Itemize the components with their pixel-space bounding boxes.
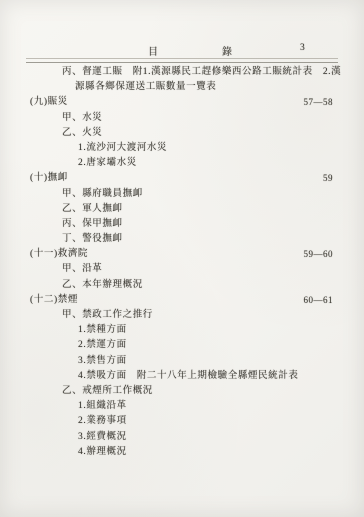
toc-entry: 甲、沿革 <box>0 262 364 277</box>
toc-entry-text: 2.業務事項 <box>78 416 127 426</box>
toc-entry: 丙、督運工賑 附1.漢源縣民工趕修樂西公路工賑統計表 2.漢 <box>0 65 364 80</box>
scanned-page: 目 錄 3 丙、督運工賑 附1.漢源縣民工趕修樂西公路工賑統計表 2.漢 源縣各… <box>0 0 364 517</box>
toc-entry-text: 乙、戒煙所工作概況 <box>62 386 153 396</box>
toc-entry: 1.組織沿革 <box>0 399 364 414</box>
toc-entry-text: 2.唐家壩水災 <box>78 158 137 168</box>
toc-entry: (十)撫卹59 <box>0 171 364 186</box>
toc-entry-text: 1.禁種方面 <box>78 325 127 335</box>
toc-entry-text: (十二)禁煙 <box>30 295 78 305</box>
toc-entry-text: 4.禁吸方面 附二十八年上期檢驗全縣煙民統計表 <box>78 371 298 381</box>
toc-entry-text: 甲、沿革 <box>62 264 102 274</box>
toc-entry-text: 甲、縣府職員撫卹 <box>62 189 143 199</box>
toc-entry-page: 59 <box>323 171 333 186</box>
running-head-char: 錄 <box>222 43 233 58</box>
toc-entry: 乙、軍人撫卹 <box>0 202 364 217</box>
toc-entry-text: 3.經費概況 <box>78 432 127 442</box>
toc-entry-page: 60—61 <box>304 293 334 308</box>
toc-entry: 2.業務事項 <box>0 414 364 429</box>
toc-entry-text: 4.辦理概況 <box>78 447 127 457</box>
toc-entry: 1.流沙河大渡河水災 <box>0 141 364 156</box>
toc-entry-text: 丙、督運工賑 附1.漢源縣民工趕修樂西公路工賑統計表 2.漢 <box>62 67 341 77</box>
toc-entry: 4.辦理概況 <box>0 445 364 460</box>
toc-entry: 2.唐家壩水災 <box>0 156 364 171</box>
running-head-char: 目 <box>148 43 159 58</box>
toc-entry-text: 甲、禁政工作之推行 <box>62 310 153 320</box>
toc-entry-page: 57—58 <box>304 95 334 110</box>
toc-entry-text: 丁、警役撫卹 <box>62 234 123 244</box>
toc-entry-text: 乙、本年辦理概況 <box>62 280 143 290</box>
toc-entry: 3.經費概況 <box>0 430 364 445</box>
toc-entry: 源縣各鄉保運送工賑數量一覽表 <box>0 80 364 95</box>
toc-entry: 甲、禁政工作之推行 <box>0 308 364 323</box>
toc-entry: 乙、火災 <box>0 126 364 141</box>
toc-entry-text: 3.禁售方面 <box>78 356 127 366</box>
toc-entry: 乙、本年辦理概況 <box>0 278 364 293</box>
toc-entry: 乙、戒煙所工作概況 <box>0 384 364 399</box>
toc-entry: (十二)禁煙60—61 <box>0 293 364 308</box>
toc-entry-text: 1.流沙河大渡河水災 <box>78 143 167 153</box>
toc-list: 丙、督運工賑 附1.漢源縣民工趕修樂西公路工賑統計表 2.漢 源縣各鄉保運送工賑… <box>0 65 364 460</box>
toc-entry-page: 59—60 <box>304 247 334 262</box>
toc-entry: 1.禁種方面 <box>0 323 364 338</box>
toc-entry: (十一)救濟院59—60 <box>0 247 364 262</box>
toc-entry-text: (十)撫卹 <box>30 173 68 183</box>
toc-entry-text: 乙、軍人撫卹 <box>62 204 123 214</box>
toc-entry-text: 1.組織沿革 <box>78 401 127 411</box>
toc-entry-text: (九)賑災 <box>30 97 68 107</box>
toc-entry: 甲、水災 <box>0 111 364 126</box>
toc-entry: 3.禁售方面 <box>0 354 364 369</box>
toc-entry-text: 丙、保甲撫卹 <box>62 219 123 229</box>
toc-entry-text: (十一)救濟院 <box>30 249 88 259</box>
toc-entry: 4.禁吸方面 附二十八年上期檢驗全縣煙民統計表 <box>0 369 364 384</box>
toc-entry: 2.禁運方面 <box>0 338 364 353</box>
toc-entry: 甲、縣府職員撫卹 <box>0 187 364 202</box>
page-number: 3 <box>300 43 306 53</box>
toc-entry: 丁、警役撫卹 <box>0 232 364 247</box>
running-head: 目 錄 3 <box>0 43 364 57</box>
toc-entry-text: 乙、火災 <box>62 128 102 138</box>
toc-entry: (九)賑災57—58 <box>0 95 364 110</box>
toc-entry-text: 源縣各鄉保運送工賑數量一覽表 <box>75 82 216 92</box>
header-rule <box>26 58 338 62</box>
toc-entry-text: 2.禁運方面 <box>78 340 127 350</box>
toc-entry-text: 甲、水災 <box>62 113 102 123</box>
toc-entry: 丙、保甲撫卹 <box>0 217 364 232</box>
